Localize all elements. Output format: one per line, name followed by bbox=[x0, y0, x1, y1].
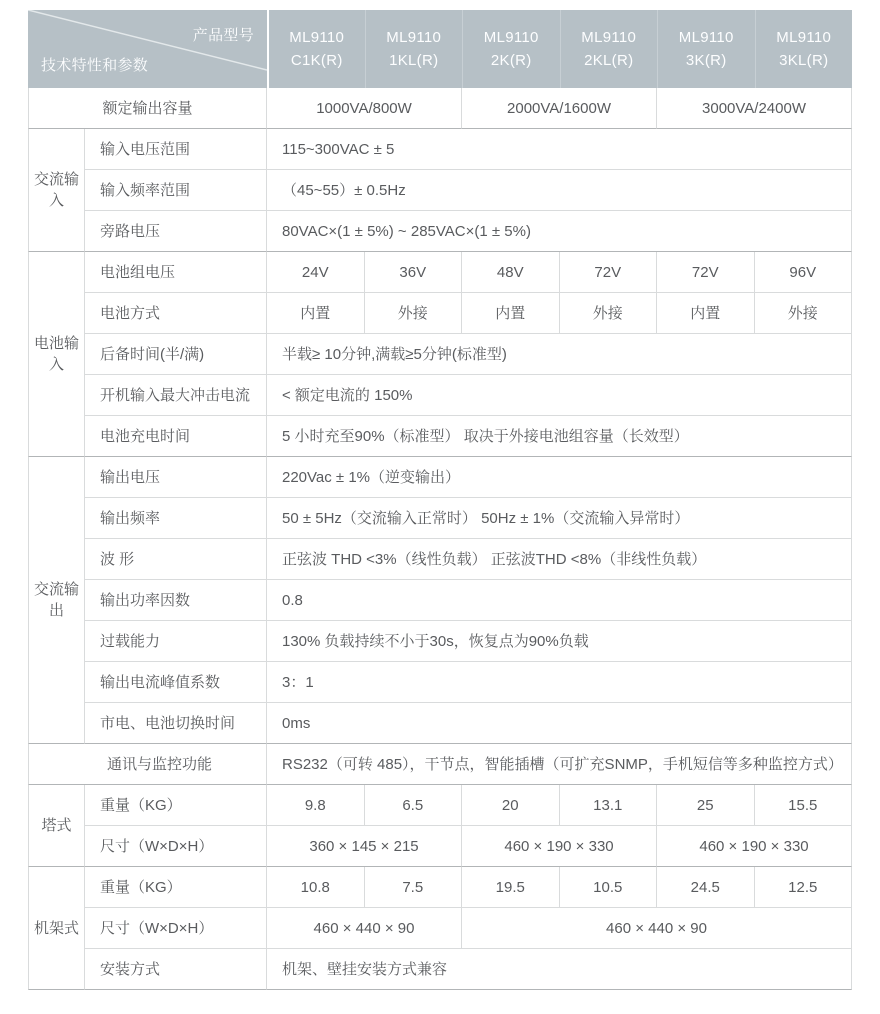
diagonal-divider-line bbox=[28, 10, 267, 88]
spec-value-cell: 25 bbox=[657, 785, 755, 826]
group-cell-tower: 塔式 bbox=[28, 785, 85, 867]
row-rack-weight: 机架式 重量（KG） 10.8 7.5 19.5 10.5 24.5 12.5 bbox=[28, 867, 852, 908]
model-code: 3K(R) bbox=[686, 52, 727, 69]
spec-label-cell: 尺寸（W×D×H） bbox=[85, 908, 267, 949]
table-body: 额定输出容量 1000VA/800W 2000VA/1600W 3000VA/2… bbox=[28, 88, 852, 990]
spec-value-cell: 36V bbox=[365, 252, 463, 293]
spec-value-cell: 115~300VAC ± 5 bbox=[267, 129, 852, 170]
table-header: 产品型号 技术特性和参数 ML9110 C1K(R) ML9110 1KL(R)… bbox=[28, 10, 852, 88]
row-battery-mode: 电池方式 内置 外接 内置 外接 内置 外接 bbox=[28, 293, 852, 334]
spec-label-cell: 电池组电压 bbox=[85, 252, 267, 293]
spec-value-cell: 72V bbox=[560, 252, 658, 293]
spec-value-cell: 48V bbox=[462, 252, 560, 293]
spec-label-cell: 输入频率范围 bbox=[85, 170, 267, 211]
spec-value-cell: 0ms bbox=[267, 703, 852, 744]
spec-label-cell: 输出频率 bbox=[85, 498, 267, 539]
spec-value-cell: 内置 bbox=[462, 293, 560, 334]
spec-value-cell: 460 × 440 × 90 bbox=[267, 908, 462, 949]
row-input-frequency: 输入频率范围 （45~55）± 0.5Hz bbox=[28, 170, 852, 211]
group-cell-ac-output: 交流输出 bbox=[28, 457, 85, 744]
spec-value-cell: 460 × 190 × 330 bbox=[657, 826, 852, 867]
spec-value-cell: 10.8 bbox=[267, 867, 365, 908]
model-header: ML9110 1KL(R) bbox=[365, 10, 463, 88]
model-header: ML9110 C1K(R) bbox=[267, 10, 365, 88]
spec-label-cell: 尺寸（W×D×H） bbox=[85, 826, 267, 867]
spec-value-cell: 9.8 bbox=[267, 785, 365, 826]
row-rated-capacity: 额定输出容量 1000VA/800W 2000VA/1600W 3000VA/2… bbox=[28, 88, 852, 129]
spec-value-cell: 130% 负载持续不小于30s，恢复点为90%负载 bbox=[267, 621, 852, 662]
group-cell-ac-input: 交流输入 bbox=[28, 129, 85, 252]
spec-table-container: 产品型号 技术特性和参数 ML9110 C1K(R) ML9110 1KL(R)… bbox=[28, 10, 852, 990]
spec-value-cell: 内置 bbox=[657, 293, 755, 334]
spec-value-cell: 24.5 bbox=[657, 867, 755, 908]
model-series: ML9110 bbox=[776, 29, 831, 46]
model-code: 1KL(R) bbox=[389, 52, 438, 69]
spec-label-cell: 电池方式 bbox=[85, 293, 267, 334]
model-header: ML9110 2K(R) bbox=[462, 10, 560, 88]
spec-value-cell: 80VAC×(1 ± 5%) ~ 285VAC×(1 ± 5%) bbox=[267, 211, 852, 252]
spec-value-cell: 50 ± 5Hz（交流输入正常时） 50Hz ± 1%（交流输入异常时） bbox=[267, 498, 852, 539]
row-install-method: 安装方式 机架、壁挂安装方式兼容 bbox=[28, 949, 852, 990]
row-battery-voltage: 电池输入 电池组电压 24V 36V 48V 72V 72V 96V bbox=[28, 252, 852, 293]
model-series: ML9110 bbox=[386, 29, 441, 46]
spec-value-cell: 机架、壁挂安装方式兼容 bbox=[267, 949, 852, 990]
group-cell-battery-input: 电池输入 bbox=[28, 252, 85, 457]
row-charge-time: 电池充电时间 5 小时充至90%（标准型） 取决于外接电池组容量（长效型） bbox=[28, 416, 852, 457]
spec-value-cell: 正弦波 THD <3%（线性负载） 正弦波THD <8%（非线性负载） bbox=[267, 539, 852, 580]
spec-value-cell: 5 小时充至90%（标准型） 取决于外接电池组容量（长效型） bbox=[267, 416, 852, 457]
model-code: C1K(R) bbox=[291, 52, 343, 69]
model-series: ML9110 bbox=[679, 29, 734, 46]
spec-label-cell: 额定输出容量 bbox=[28, 88, 267, 129]
spec-value-cell: 外接 bbox=[560, 293, 658, 334]
spec-value-cell: 19.5 bbox=[462, 867, 560, 908]
spec-value-cell: 半载≥ 10分钟,满载≥5分钟(标准型) bbox=[267, 334, 852, 375]
spec-value-cell: 6.5 bbox=[365, 785, 463, 826]
spec-value-cell: 460 × 190 × 330 bbox=[462, 826, 657, 867]
spec-value-cell: 1000VA/800W bbox=[267, 88, 462, 129]
spec-label-cell: 后备时间(半/满) bbox=[85, 334, 267, 375]
row-transfer-time: 市电、电池切换时间 0ms bbox=[28, 703, 852, 744]
spec-label-cell: 重量（KG） bbox=[85, 867, 267, 908]
spec-label-cell: 旁路电压 bbox=[85, 211, 267, 252]
spec-label-cell: 开机输入最大冲击电流 bbox=[85, 375, 267, 416]
spec-value-cell: 3：1 bbox=[267, 662, 852, 703]
spec-value-cell: < 额定电流的 150% bbox=[267, 375, 852, 416]
spec-value-cell: 10.5 bbox=[560, 867, 658, 908]
spec-value-cell: 72V bbox=[657, 252, 755, 293]
corner-label-tech-params: 技术特性和参数 bbox=[41, 54, 148, 75]
row-tower-size: 尺寸（W×D×H） 360 × 145 × 215 460 × 190 × 33… bbox=[28, 826, 852, 867]
corner-header-cell: 产品型号 技术特性和参数 bbox=[28, 10, 267, 88]
spec-value-cell: （45~55）± 0.5Hz bbox=[267, 170, 852, 211]
row-waveform: 波 形 正弦波 THD <3%（线性负载） 正弦波THD <8%（非线性负载） bbox=[28, 539, 852, 580]
spec-value-cell: 460 × 440 × 90 bbox=[462, 908, 852, 949]
row-bypass-voltage: 旁路电压 80VAC×(1 ± 5%) ~ 285VAC×(1 ± 5%) bbox=[28, 211, 852, 252]
spec-table: 产品型号 技术特性和参数 ML9110 C1K(R) ML9110 1KL(R)… bbox=[28, 10, 852, 990]
spec-value-cell: 外接 bbox=[365, 293, 463, 334]
spec-label-cell: 输出功率因数 bbox=[85, 580, 267, 621]
spec-value-cell: 0.8 bbox=[267, 580, 852, 621]
spec-label-cell: 市电、电池切换时间 bbox=[85, 703, 267, 744]
row-backup-time: 后备时间(半/满) 半载≥ 10分钟,满载≥5分钟(标准型) bbox=[28, 334, 852, 375]
spec-value-cell: 12.5 bbox=[755, 867, 853, 908]
model-code: 3KL(R) bbox=[779, 52, 828, 69]
row-output-frequency: 输出频率 50 ± 5Hz（交流输入正常时） 50Hz ± 1%（交流输入异常时… bbox=[28, 498, 852, 539]
model-header: ML9110 3K(R) bbox=[657, 10, 755, 88]
row-inrush-current: 开机输入最大冲击电流 < 额定电流的 150% bbox=[28, 375, 852, 416]
spec-label-cell: 通讯与监控功能 bbox=[28, 744, 267, 785]
spec-value-cell: 7.5 bbox=[365, 867, 463, 908]
model-code: 2K(R) bbox=[491, 52, 532, 69]
row-tower-weight: 塔式 重量（KG） 9.8 6.5 20 13.1 25 15.5 bbox=[28, 785, 852, 826]
row-crest-factor: 输出电流峰值系数 3：1 bbox=[28, 662, 852, 703]
spec-label-cell: 输出电压 bbox=[85, 457, 267, 498]
spec-value-cell: 13.1 bbox=[560, 785, 658, 826]
row-input-voltage: 交流输入 输入电压范围 115~300VAC ± 5 bbox=[28, 129, 852, 170]
spec-value-cell: 360 × 145 × 215 bbox=[267, 826, 462, 867]
spec-label-cell: 输入电压范围 bbox=[85, 129, 267, 170]
row-overload-capability: 过载能力 130% 负载持续不小于30s，恢复点为90%负载 bbox=[28, 621, 852, 662]
group-cell-rack: 机架式 bbox=[28, 867, 85, 990]
spec-value-cell: 96V bbox=[755, 252, 853, 293]
row-power-factor: 输出功率因数 0.8 bbox=[28, 580, 852, 621]
spec-label-cell: 输出电流峰值系数 bbox=[85, 662, 267, 703]
spec-value-cell: 内置 bbox=[267, 293, 365, 334]
model-series: ML9110 bbox=[484, 29, 539, 46]
spec-value-cell: 24V bbox=[267, 252, 365, 293]
spec-label-cell: 重量（KG） bbox=[85, 785, 267, 826]
model-series: ML9110 bbox=[581, 29, 636, 46]
spec-sheet-page: { "colors": { "header_bg": "#b6c0c6", "h… bbox=[0, 0, 880, 1014]
spec-value-cell: 外接 bbox=[755, 293, 853, 334]
row-communication: 通讯与监控功能 RS232（可转 485），干节点，智能插槽（可扩充SNMP，手… bbox=[28, 744, 852, 785]
spec-value-cell: RS232（可转 485），干节点，智能插槽（可扩充SNMP，手机短信等多种监控… bbox=[267, 744, 852, 785]
spec-label-cell: 电池充电时间 bbox=[85, 416, 267, 457]
model-header: ML9110 2KL(R) bbox=[560, 10, 658, 88]
model-header: ML9110 3KL(R) bbox=[755, 10, 853, 88]
spec-value-cell: 2000VA/1600W bbox=[462, 88, 657, 129]
header-row: 产品型号 技术特性和参数 ML9110 C1K(R) ML9110 1KL(R)… bbox=[28, 10, 852, 88]
row-rack-size: 尺寸（W×D×H） 460 × 440 × 90 460 × 440 × 90 bbox=[28, 908, 852, 949]
spec-value-cell: 220Vac ± 1%（逆变输出） bbox=[267, 457, 852, 498]
row-output-voltage: 交流输出 输出电压 220Vac ± 1%（逆变输出） bbox=[28, 457, 852, 498]
corner-label-product-model: 产品型号 bbox=[193, 24, 254, 45]
model-series: ML9110 bbox=[289, 29, 344, 46]
spec-value-cell: 15.5 bbox=[755, 785, 853, 826]
spec-value-cell: 3000VA/2400W bbox=[657, 88, 852, 129]
spec-label-cell: 波 形 bbox=[85, 539, 267, 580]
model-code: 2KL(R) bbox=[584, 52, 633, 69]
spec-value-cell: 20 bbox=[462, 785, 560, 826]
spec-label-cell: 安装方式 bbox=[85, 949, 267, 990]
spec-label-cell: 过载能力 bbox=[85, 621, 267, 662]
